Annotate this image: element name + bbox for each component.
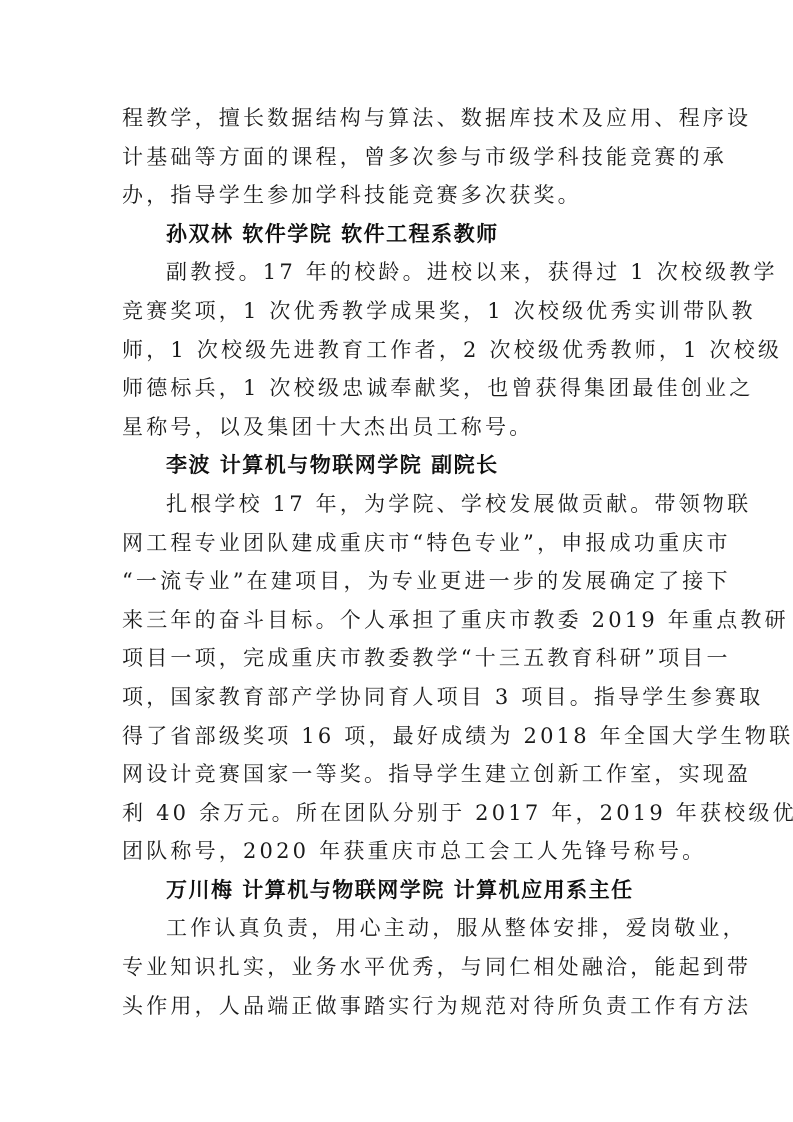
- text-line: 团队称号，2020 年获重庆市总工会工人先锋号称号。: [122, 832, 674, 871]
- text-line: 来三年的奋斗目标。个人承担了重庆市教委 2019 年重点教研: [122, 601, 674, 640]
- text-line: 头作用，人品端正做事踏实行为规范对待所负责工作有方法: [122, 987, 674, 1026]
- text-line: 星称号，以及集团十大杰出员工称号。: [122, 408, 674, 447]
- text-line: 竞赛奖项，1 次优秀教学成果奖，1 次校级优秀实训带队教: [122, 292, 674, 331]
- text-line: 程教学，擅长数据结构与算法、数据库技术及应用、程序设: [122, 99, 674, 138]
- document-page: 程教学，擅长数据结构与算法、数据库技术及应用、程序设 计基础等方面的课程，曾多次…: [122, 99, 674, 1025]
- text-line: 副教授。17 年的校龄。进校以来，获得过 1 次校级教学: [122, 253, 674, 292]
- text-line: 专业知识扎实，业务水平优秀，与同仁相处融洽，能起到带: [122, 948, 674, 987]
- text-line: 网设计竞赛国家一等奖。指导学生建立创新工作室，实现盈: [122, 755, 674, 794]
- text-line: 扎根学校 17 年，为学院、学校发展做贡献。带领物联: [122, 485, 674, 524]
- section-heading: 李波 计算机与物联网学院 副院长: [122, 446, 674, 485]
- text-line: 网工程专业团队建成重庆市“特色专业”，申报成功重庆市: [122, 524, 674, 563]
- text-line: 师德标兵，1 次校级忠诚奉献奖，也曾获得集团最佳创业之: [122, 369, 674, 408]
- section-wan-chuanmei: 万川梅 计算机与物联网学院 计算机应用系主任 工作认真负责，用心主动，服从整体安…: [122, 871, 674, 1025]
- section-sun-shuanglin: 孙双林 软件学院 软件工程系教师 副教授。17 年的校龄。进校以来，获得过 1 …: [122, 215, 674, 447]
- text-line: 项目一项，完成重庆市教委教学“十三五教育科研”项目一: [122, 639, 674, 678]
- text-line: 利 40 余万元。所在团队分别于 2017 年，2019 年获校级优秀: [122, 794, 674, 833]
- text-line: 师，1 次校级先进教育工作者，2 次校级优秀教师，1 次校级: [122, 331, 674, 370]
- section-heading: 万川梅 计算机与物联网学院 计算机应用系主任: [122, 871, 674, 910]
- text-line: 工作认真负责，用心主动，服从整体安排，爱岗敬业，: [122, 909, 674, 948]
- text-line: “一流专业”在建项目，为专业更进一步的发展确定了接下: [122, 562, 674, 601]
- section-li-bo: 李波 计算机与物联网学院 副院长 扎根学校 17 年，为学院、学校发展做贡献。带…: [122, 446, 674, 871]
- text-line: 办，指导学生参加学科技能竞赛多次获奖。: [122, 176, 674, 215]
- paragraph-intro-continuation: 程教学，擅长数据结构与算法、数据库技术及应用、程序设 计基础等方面的课程，曾多次…: [122, 99, 674, 215]
- text-line: 项，国家教育部产学协同育人项目 3 项目。指导学生参赛取: [122, 678, 674, 717]
- text-line: 计基础等方面的课程，曾多次参与市级学科技能竞赛的承: [122, 138, 674, 177]
- text-line: 得了省部级奖项 16 项，最好成绩为 2018 年全国大学生物联: [122, 717, 674, 756]
- section-heading: 孙双林 软件学院 软件工程系教师: [122, 215, 674, 254]
